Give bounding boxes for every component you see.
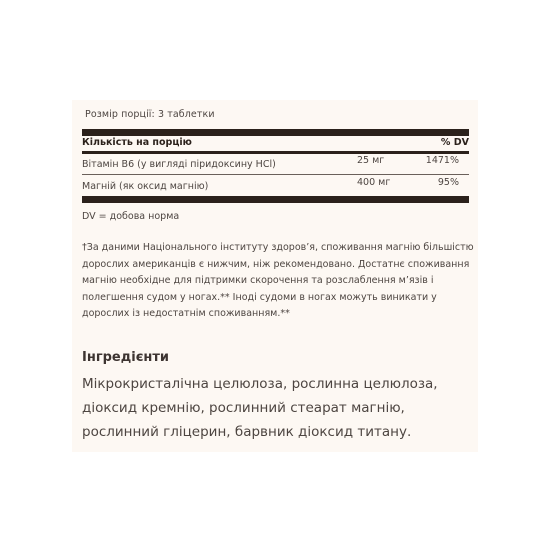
divider-thick-bottom <box>82 196 469 203</box>
dv-note: DV = добова норма <box>82 211 179 222</box>
nutrient-dv: 95% <box>438 177 459 188</box>
amount-per-serving-label: Кількість на порцію <box>82 137 192 148</box>
dv-label: % DV <box>441 137 469 148</box>
serving-size: Розмір порції: 3 таблетки <box>85 109 215 120</box>
ingredients-text: Мікрокристалічна целюлоза, рослинна целю… <box>82 372 482 444</box>
row-divider <box>82 174 469 175</box>
nutrient-name: Вітамін B6 (у вигляді піридоксину HCl) <box>82 159 276 170</box>
ingredients-title: Інгредієнти <box>82 350 169 365</box>
supplement-facts-panel: Розмір порції: 3 таблетки Кількість на п… <box>72 100 478 452</box>
nutrient-amount: 25 мг <box>357 155 384 166</box>
nutrient-name: Магній (як оксид магнію) <box>82 181 208 192</box>
divider-header <box>82 151 469 154</box>
nutrient-amount: 400 мг <box>357 177 390 188</box>
nutrient-dv: 1471% <box>426 155 459 166</box>
footnote: †За даними Національного інституту здоро… <box>82 240 477 323</box>
divider-thick-top <box>82 129 469 136</box>
